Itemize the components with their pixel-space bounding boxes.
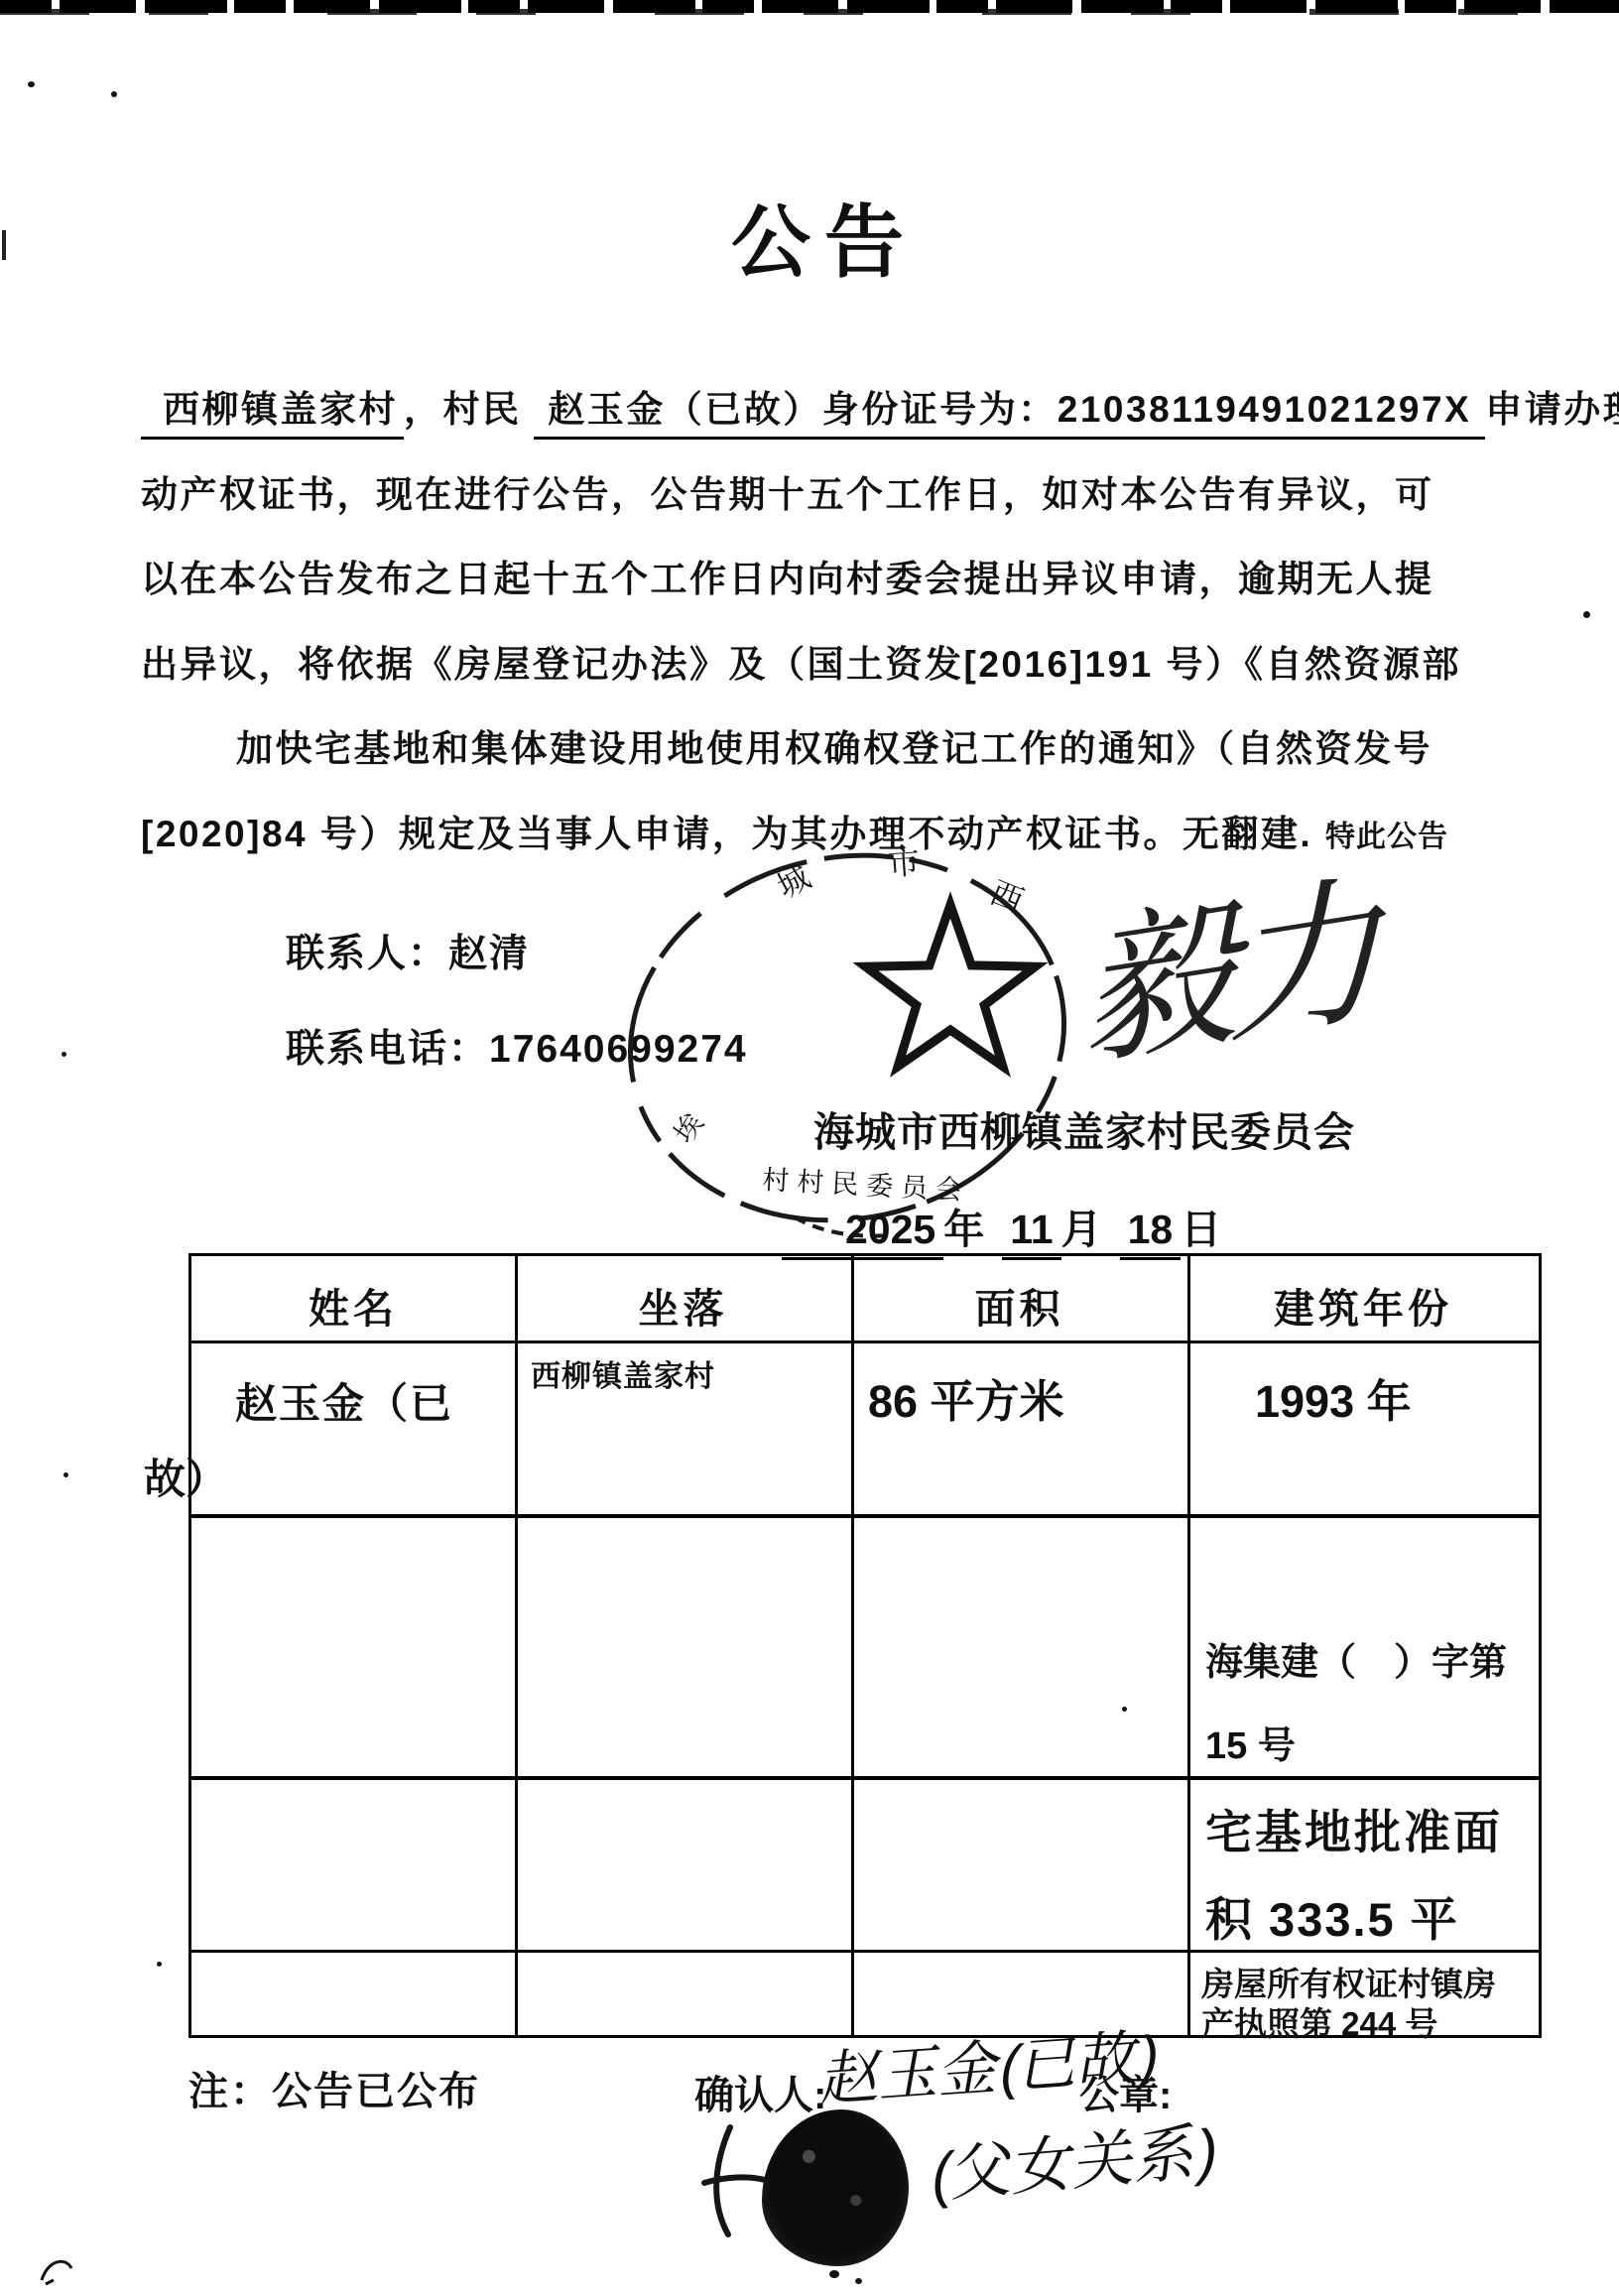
table-column-line xyxy=(1187,1256,1190,2035)
issue-date: 2025年11月18日 xyxy=(782,1197,1221,1260)
table-row-line xyxy=(191,1514,1539,1518)
line1-middle-text: ，村民 xyxy=(404,389,522,430)
notice-line-1: 西柳镇盖家村，村民 赵玉金（已故）身份证号为：21038119491021297… xyxy=(141,379,1516,464)
seal-arc-char-1: 城 xyxy=(771,858,815,905)
star-icon xyxy=(865,905,1035,1067)
table-column-line xyxy=(851,1256,854,2035)
fingerprint-smudge-dot xyxy=(829,2270,839,2278)
property-location: 西柳镇盖家村 xyxy=(531,1351,715,1395)
header-location: 坐落 xyxy=(515,1276,851,1335)
date-year-underlined: 2025 xyxy=(782,1207,943,1260)
notice-body: 西柳镇盖家村，村民 赵玉金（已故）身份证号为：21038119491021297… xyxy=(141,379,1516,888)
fingerprint-smudge-dot xyxy=(855,2278,862,2284)
table-row-line xyxy=(191,1340,1539,1343)
header-build-year: 建筑年份 xyxy=(1187,1276,1539,1335)
fingerprint-stamp xyxy=(762,2109,909,2266)
table-row-line xyxy=(191,1776,1539,1780)
notice-line-5: 加快宅基地和集体建设用地使用权确权登记工作的通知》（自然资发号 xyxy=(141,718,1516,804)
header-name: 姓名 xyxy=(191,1276,515,1335)
owner-name-line-2: 故） xyxy=(144,1447,227,1506)
owner-name-line-1: 赵玉金（已 xyxy=(235,1371,453,1431)
scan-artifact-top-edge-2 xyxy=(0,9,1619,15)
footer-note: 注：公告已公布 xyxy=(188,2060,480,2116)
official-round-seal: 城 市 西 埃 村村民委员会 xyxy=(591,835,1107,1252)
date-year-unit: 年 xyxy=(943,1207,984,1252)
cert-number-line-1: 海集建（ ）字第 xyxy=(1205,1631,1507,1686)
seal-arc-char-2: 市 xyxy=(887,844,921,882)
approved-area-line-2: 积 333.5 平 xyxy=(1205,1883,1459,1950)
person-id-underlined: 赵玉金（已故）身份证号为：21038119491021297X xyxy=(534,389,1485,440)
scan-speck xyxy=(63,1472,68,1477)
notice-line-2: 动产权证书，现在进行公告，公告期十五个工作日，如对本公告有异议，可 xyxy=(141,464,1516,550)
property-area: 86 平方米 xyxy=(868,1365,1064,1430)
scan-speck xyxy=(62,1052,66,1057)
page-title: 公告 xyxy=(0,179,1619,293)
line1-tail-text: 申请办理不 xyxy=(1485,389,1619,430)
date-month-unit: 月 xyxy=(1061,1207,1102,1252)
table-column-line xyxy=(515,1256,518,2035)
date-day-underlined: 18 xyxy=(1120,1207,1182,1260)
scan-artifact-corner-mark xyxy=(36,2250,79,2290)
scanned-notice-document: { "title": "公告", "body": { "line1_villag… xyxy=(0,0,1619,2296)
approved-area-line-1: 宅基地批准面 xyxy=(1205,1796,1503,1862)
property-build-year: 1993 年 xyxy=(1255,1365,1412,1430)
handwritten-stroke-fragment xyxy=(685,2123,774,2254)
notice-line-4: 出异议，将依据《房屋登记办法》及（国土资发[2016]191 号）《自然资源部 xyxy=(141,634,1516,719)
date-day-unit: 日 xyxy=(1181,1207,1221,1252)
village-name-underlined: 西柳镇盖家村 xyxy=(141,389,404,440)
scan-speck xyxy=(28,81,35,87)
header-area: 面积 xyxy=(851,1276,1187,1335)
announcement-table: 姓名 坐落 面积 建筑年份 赵玉金（已 故） 西柳镇盖家村 86 平方米 199… xyxy=(188,1253,1542,2038)
scan-speck xyxy=(111,91,117,97)
date-month-underlined: 11 xyxy=(1002,1207,1060,1260)
relation-handwritten-note: (父女关系) xyxy=(928,2101,1224,2216)
confirmer-label: 确认人: xyxy=(694,2064,826,2120)
contact-person-line: 联系人：赵清 xyxy=(286,923,530,978)
scan-speck xyxy=(157,1962,162,1967)
cert-number-line-2: 15 号 xyxy=(1205,1715,1296,1769)
house-license-line-2: 产执照第 244 号 xyxy=(1201,1998,1437,2045)
seal-arc-char-3: 西 xyxy=(985,874,1028,919)
table-row-line xyxy=(191,1950,1539,1953)
scan-speck xyxy=(1583,611,1590,618)
notice-line-3: 以在本公告发布之日起十五个工作日内向村委会提出异议申请，逾期无人提 xyxy=(141,549,1516,634)
committee-name: 海城市西柳镇盖家村民委员会 xyxy=(813,1099,1355,1158)
seal-arc-char-side: 埃 xyxy=(669,1107,710,1149)
